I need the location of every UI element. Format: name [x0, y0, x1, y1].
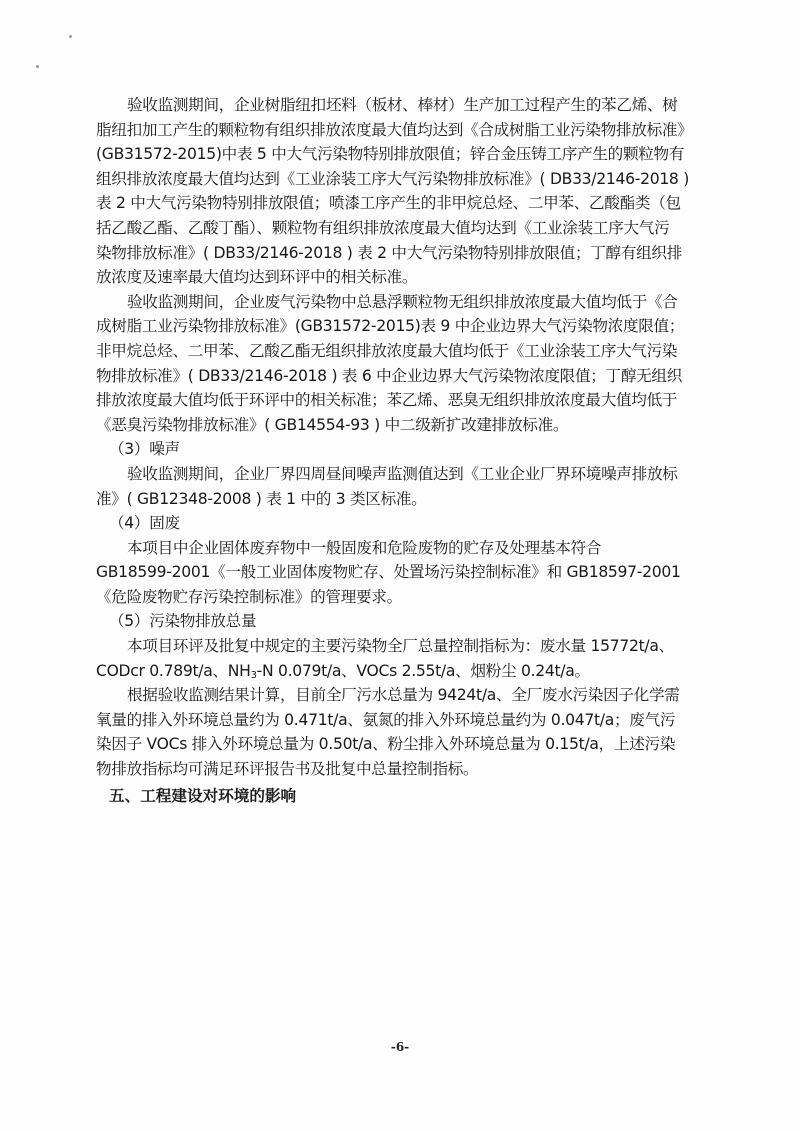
- section-noise: （3）噪声 验收监测期间，企业厂界四周昼间噪声监测值达到《工业企业厂界环境噪声排…: [96, 437, 702, 511]
- chapter-heading: 五、工程建设对环境的影响: [96, 784, 702, 809]
- text-line: 成树脂工业污染物排放标准》(GB31572-2015)表 9 中企业边界大气污染…: [96, 314, 702, 339]
- text-line: 验收监测期间，企业厂界四周昼间噪声监测值达到《工业企业厂界环境噪声排放标: [96, 462, 702, 487]
- paragraph-gas-unorganized: 验收监测期间，企业废气污染物中总悬浮颗粒物无组织排放浓度最大值均低于《合 成树脂…: [96, 290, 702, 438]
- text-line: 本项目中企业固体废弃物中一般固废和危险废物的贮存及处理基本符合: [96, 536, 702, 561]
- section-solid-waste: （4）固废 本项目中企业固体废弃物中一般固废和危险废物的贮存及处理基本符合 GB…: [96, 511, 702, 609]
- text-line: (GB31572-2015)中表 5 中大气污染物特别排放限值；锌合金压铸工序产…: [96, 142, 702, 167]
- text-fragment: -N 0.079t/a、VOCs 2.55t/a、烟粉尘 0.24t/a。: [257, 662, 590, 680]
- scan-speck: [36, 65, 39, 68]
- scan-speck: [69, 35, 72, 38]
- paragraph-gas-organized: 验收监测期间，企业树脂纽扣坯料（板材、棒材）生产加工过程产生的苯乙烯、树 脂纽扣…: [96, 93, 702, 290]
- text-line: 非甲烷总烃、二甲苯、乙酸乙酯无组织排放浓度最大值均低于《工业涂装工序大气污染: [96, 339, 702, 364]
- section-heading: （3）噪声: [96, 437, 702, 462]
- text-line: 验收监测期间，企业废气污染物中总悬浮颗粒物无组织排放浓度最大值均低于《合: [96, 290, 702, 315]
- text-line: 排放浓度最大值均低于环评中的相关标准；苯乙烯、恶臭无组织排放浓度最大值均低于: [96, 388, 702, 413]
- text-line: CODcr 0.789t/a、NH3-N 0.079t/a、VOCs 2.55t…: [96, 659, 702, 684]
- text-line: 染物排放标准》( DB33/2146-2018 ) 表 2 中大气污染物特别排放…: [96, 241, 702, 266]
- text-line: 物排放标准》( DB33/2146-2018 ) 表 6 中企业边界大气污染物浓…: [96, 364, 702, 389]
- text-line: 《危险废物贮存污染控制标准》的管理要求。: [96, 585, 702, 610]
- document-page: 验收监测期间，企业树脂纽扣坯料（板材、棒材）生产加工过程产生的苯乙烯、树 脂纽扣…: [0, 0, 800, 1131]
- text-line: 物排放指标均可满足环评报告书及批复中总量控制指标。: [96, 757, 702, 782]
- text-line: 本项目环评及批复中规定的主要污染物全厂总量控制指标为：废水量 15772t/a、: [96, 634, 702, 659]
- section-heading: （4）固废: [96, 511, 702, 536]
- section-total-discharge: （5）污染物排放总量 本项目环评及批复中规定的主要污染物全厂总量控制指标为：废水…: [96, 609, 702, 781]
- text-line: 放浓度及速率最大值均达到环评中的相关标准。: [96, 265, 702, 290]
- text-line: 组织排放浓度最大值均达到《工业涂装工序大气污染物排放标准》( DB33/2146…: [96, 167, 702, 192]
- text-fragment: CODcr 0.789t/a、NH: [96, 662, 251, 680]
- text-line: 脂纽扣加工产生的颗粒物有组织排放浓度最大值均达到《合成树脂工业污染物排放标准》: [96, 118, 702, 143]
- text-line: 染因子 VOCs 排入外环境总量为 0.50t/a、粉尘排入外环境总量为 0.1…: [96, 732, 702, 757]
- text-line: 验收监测期间，企业树脂纽扣坯料（板材、棒材）生产加工过程产生的苯乙烯、树: [96, 93, 702, 118]
- page-number: -6-: [0, 1040, 800, 1054]
- text-line: 氧量的排入外环境总量约为 0.471t/a、氨氮的排入外环境总量约为 0.047…: [96, 708, 702, 733]
- text-line: 《恶臭污染物排放标准》( GB14554-93 ) 中二级新扩改建排放标准。: [96, 413, 702, 438]
- text-line: GB18599-2001《一般工业固体废物贮存、处置场污染控制标准》和 GB18…: [96, 560, 702, 585]
- text-line: 准》( GB12348-2008 ) 表 1 中的 3 类区标准。: [96, 487, 702, 512]
- text-line: 根据验收监测结果计算，目前全厂污水总量为 9424t/a、全厂废水污染因子化学需: [96, 683, 702, 708]
- section-heading: （5）污染物排放总量: [96, 609, 702, 634]
- document-body: 验收监测期间，企业树脂纽扣坯料（板材、棒材）生产加工过程产生的苯乙烯、树 脂纽扣…: [96, 93, 702, 808]
- text-line: 表 2 中大气污染物特别排放限值；喷漆工序产生的非甲烷总烃、二甲苯、乙酸酯类（包: [96, 191, 702, 216]
- text-line: 括乙酸乙酯、乙酸丁酯）、颗粒物有组织排放浓度最大值均达到《工业涂装工序大气污: [96, 216, 702, 241]
